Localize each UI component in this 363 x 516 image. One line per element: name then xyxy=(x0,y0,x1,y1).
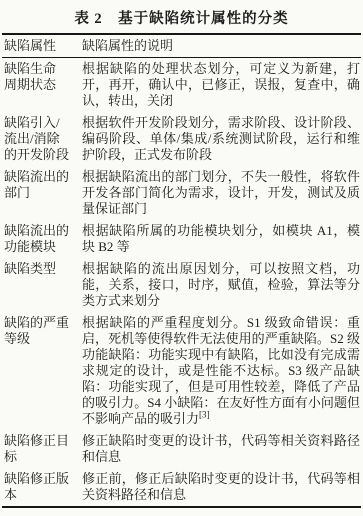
citation-ref: [3] xyxy=(199,410,210,420)
attribute-description-cell: 根据缺陷所属的功能模块划分，如模块 A1，模块 B2 等 xyxy=(77,220,361,258)
table-row: 缺陷生命 周期状态 根据缺陷的处理状态划分，可定义为新建，打开，再开，确认中，已… xyxy=(2,58,361,113)
attribute-description-cell: 根据软件开发阶段划分，需求阶段、设计阶段、编码阶段、单体/集成/系统测试阶段，运… xyxy=(77,112,361,166)
table-row: 缺陷类型 根据缺陷的流出原因划分，可以按照文档，功能，关系，接口，时序，赋值，检… xyxy=(2,258,361,312)
table-row: 缺陷流出的 功能模块 根据缺陷所属的功能模块划分，如模块 A1，模块 B2 等 xyxy=(2,220,361,258)
defect-attributes-table: 缺陷属性 缺陷属性的说明 缺陷生命 周期状态 根据缺陷的处理状态划分，可定义为新… xyxy=(2,33,361,508)
attribute-description-cell: 修正前，修正后缺陷时变更的设计书，代码等相关资料路径和信息 xyxy=(77,468,361,507)
table-title: 表 2 基于缺陷统计属性的分类 xyxy=(2,5,361,33)
column-header-description: 缺陷属性的说明 xyxy=(77,34,361,58)
defect-attribute-cell: 缺陷修正目 标 xyxy=(2,430,77,468)
attribute-description-cell: 根据缺陷的流出原因划分，可以按照文档，功能，关系，接口，时序，赋值，检验，算法等… xyxy=(77,258,361,312)
attribute-description-cell: 根据缺陷的处理状态划分，可定义为新建，打开，再开，确认中，已修正，误报，复查中，… xyxy=(77,58,361,113)
table-body: 缺陷生命 周期状态 根据缺陷的处理状态划分，可定义为新建，打开，再开，确认中，已… xyxy=(2,58,361,508)
table-row: 缺陷引入/ 流出/消除 的开发阶段 根据软件开发阶段划分，需求阶段、设计阶段、编… xyxy=(2,112,361,166)
attribute-description-cell: 修正缺陷时变更的设计书，代码等相关资料路径和信息 xyxy=(77,430,361,468)
table-row: 缺陷修正版 本 修正前，修正后缺陷时变更的设计书，代码等相关资料路径和信息 xyxy=(2,468,361,507)
defect-attribute-cell: 缺陷流出的 部门 xyxy=(2,166,77,220)
defect-attribute-cell: 缺陷修正版 本 xyxy=(2,468,77,507)
defect-attribute-cell: 缺陷流出的 功能模块 xyxy=(2,220,77,258)
table-row: 缺陷修正目 标 修正缺陷时变更的设计书，代码等相关资料路径和信息 xyxy=(2,430,361,468)
table-row: 缺陷的严重 等级 根据缺陷的严重程度划分。S1 级致命错误：重启，死机等使得软件… xyxy=(2,312,361,430)
defect-attribute-cell: 缺陷生命 周期状态 xyxy=(2,58,77,113)
attribute-description-cell: 根据缺陷流出的部门划分，不失一般性，将软件开发各部门简化为需求，设计，开发，测试… xyxy=(77,166,361,220)
defect-attribute-cell: 缺陷引入/ 流出/消除 的开发阶段 xyxy=(2,112,77,166)
defect-attribute-cell: 缺陷的严重 等级 xyxy=(2,312,77,430)
header-row: 缺陷属性 缺陷属性的说明 xyxy=(2,34,361,58)
column-header-attribute: 缺陷属性 xyxy=(2,34,77,58)
table-row: 缺陷流出的 部门 根据缺陷流出的部门划分，不失一般性，将软件开发各部门简化为需求… xyxy=(2,166,361,220)
attribute-description-cell: 根据缺陷的严重程度划分。S1 级致命错误：重启，死机等使得软件无法使用的严重缺陷… xyxy=(77,312,361,430)
defect-attribute-cell: 缺陷类型 xyxy=(2,258,77,312)
paper-table-page: 表 2 基于缺陷统计属性的分类 缺陷属性 缺陷属性的说明 缺陷生命 周期状态 根… xyxy=(0,0,363,516)
